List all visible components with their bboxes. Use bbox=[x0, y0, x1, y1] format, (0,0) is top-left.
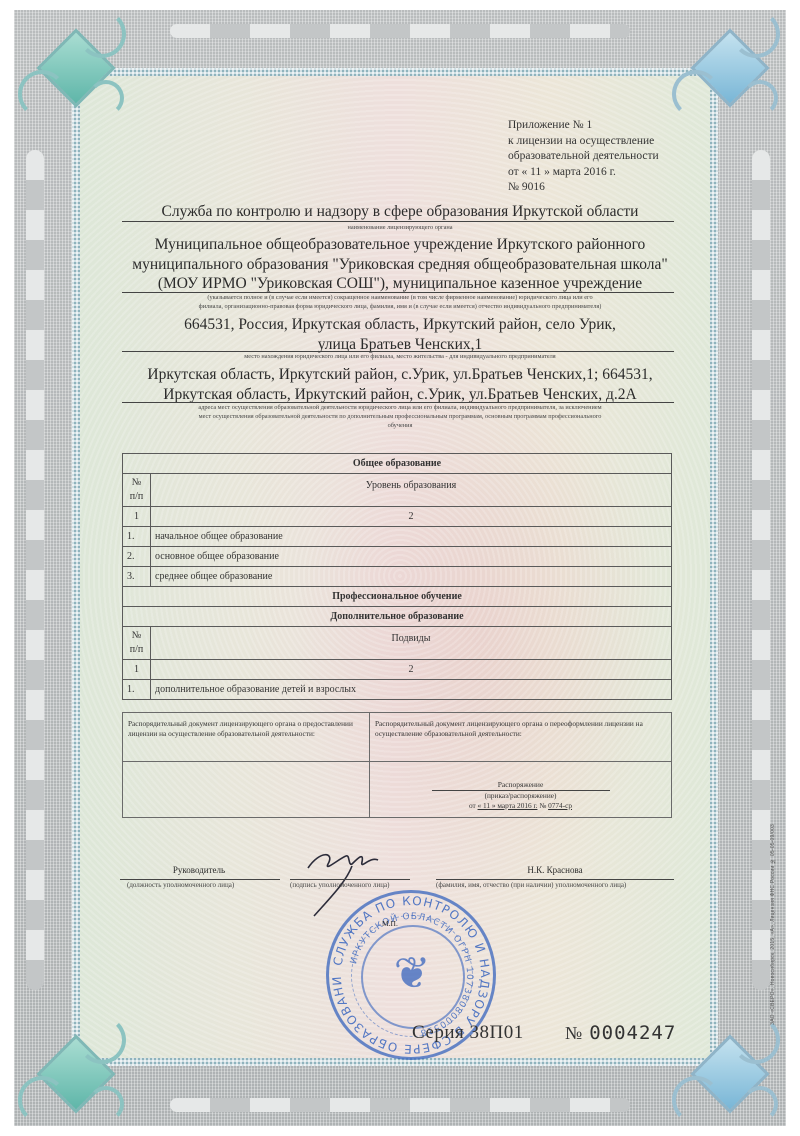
index-row: 1 2 bbox=[123, 660, 672, 680]
table-row: 3. среднее общее образование bbox=[123, 567, 672, 587]
printer-imprint: ЗАО «СВЕРО», Новосибирск, 2015, «А», Лиц… bbox=[770, 825, 784, 1025]
row-level: начальное общее образование bbox=[151, 527, 672, 547]
row-num: 1. bbox=[123, 527, 151, 547]
reissue-order: Распоряжение (приказ/распоряжение) от « … bbox=[375, 768, 666, 811]
number-sign: № bbox=[565, 1023, 583, 1043]
col-subtype-header: Подвиды bbox=[151, 627, 672, 660]
section-title-additional: Дополнительное образование bbox=[123, 607, 672, 627]
row-num: 2. bbox=[123, 547, 151, 567]
form-number: №0004247 bbox=[565, 1022, 676, 1044]
hint-line: мест осуществления образовательной деяте… bbox=[120, 412, 680, 421]
table-row: 1. начальное общее образование bbox=[123, 527, 672, 547]
index-cell: 2 bbox=[151, 660, 672, 680]
licensee-name: Муниципальное общеобразовательное учрежд… bbox=[120, 235, 680, 294]
index-cell: 1 bbox=[123, 507, 151, 527]
hint-line: филиала, организационно-правовая форма ю… bbox=[120, 302, 680, 311]
reissue-date: « 11 » марта 2016 г. bbox=[478, 801, 538, 810]
guilloche-right bbox=[752, 150, 770, 990]
header-row: № п/п Уровень образования bbox=[123, 474, 672, 507]
licensee-line: муниципального образования "Уриковская с… bbox=[120, 255, 680, 275]
appendix-line: № 9016 bbox=[508, 180, 659, 196]
documents-table: Распорядительный документ лицензирующего… bbox=[122, 712, 672, 818]
reissue-document-label: Распорядительный документ лицензирующего… bbox=[370, 713, 672, 762]
activity-addresses-hint: адреса мест осуществления образовательно… bbox=[120, 403, 680, 430]
corner-ornament-icon bbox=[672, 1016, 782, 1126]
index-cell: 1 bbox=[123, 660, 151, 680]
corner-ornament-icon bbox=[672, 10, 782, 120]
section-row: Дополнительное образование bbox=[123, 607, 672, 627]
divider bbox=[120, 879, 280, 880]
row-subtype: дополнительное образование детей и взрос… bbox=[151, 680, 672, 700]
coat-of-arms-icon: ❦ bbox=[384, 943, 440, 1005]
hint-line: (указывается полное и (в случае если име… bbox=[120, 293, 680, 302]
divider bbox=[436, 879, 674, 880]
section-title-professional: Профессиональное обучение bbox=[123, 587, 672, 607]
divider bbox=[290, 879, 410, 880]
address-line: Иркутская область, Иркутский район, с.Ур… bbox=[120, 365, 680, 385]
signature-hint: (подпись уполномоченного лица) bbox=[290, 881, 389, 889]
reissue-doc-type-hint: (приказ/распоряжение) bbox=[485, 791, 557, 800]
row-level: основное общее образование bbox=[151, 547, 672, 567]
corner-ornament-icon bbox=[18, 1016, 128, 1126]
corner-ornament-icon bbox=[18, 10, 128, 120]
signatory-role: Руководитель bbox=[124, 865, 274, 875]
number-value: 0004247 bbox=[589, 1022, 676, 1044]
row-level: среднее общее образование bbox=[151, 567, 672, 587]
licensing-authority-name: Служба по контролю и надзору в сфере обр… bbox=[120, 203, 680, 221]
licensee-hint: (указывается полное и (в случае если име… bbox=[120, 293, 680, 311]
seal-place-label: М.П. bbox=[382, 919, 398, 928]
guilloche-top bbox=[170, 24, 630, 38]
col-num-header: № п/п bbox=[123, 474, 151, 507]
col-level-header: Уровень образования bbox=[151, 474, 672, 507]
role-hint: (должность уполномоченного лица) bbox=[127, 881, 234, 889]
signatory-name: Н.К. Краснова bbox=[440, 865, 670, 875]
documents-label-row: Распорядительный документ лицензирующего… bbox=[123, 713, 672, 762]
reissue-doc-type: Распоряжение bbox=[432, 780, 610, 791]
hint-line: адреса мест осуществления образовательно… bbox=[120, 403, 680, 412]
number-prefix: № bbox=[537, 801, 548, 810]
legal-address-hint: место нахождения юридического лица или е… bbox=[120, 352, 680, 361]
legal-address: 664531, Россия, Иркутская область, Иркут… bbox=[120, 315, 680, 354]
guilloche-left bbox=[26, 150, 44, 990]
activity-addresses: Иркутская область, Иркутский район, с.Ур… bbox=[120, 365, 680, 404]
row-num: 1. bbox=[123, 680, 151, 700]
form-series: Серия 38П01 bbox=[412, 1022, 524, 1044]
address-line: 664531, Россия, Иркутская область, Иркут… bbox=[120, 315, 680, 335]
education-table: Общее образование № п/п Уровень образова… bbox=[122, 453, 672, 700]
reissue-number: 0774-ср bbox=[548, 801, 572, 810]
appendix-header: Приложение № 1 к лицензии на осуществлен… bbox=[508, 118, 659, 196]
header-row: № п/п Подвиды bbox=[123, 627, 672, 660]
table-row: 1. дополнительное образование детей и вз… bbox=[123, 680, 672, 700]
col-num-header-line: № bbox=[123, 629, 150, 643]
licensee-line: (МОУ ИРМО "Уриковская СОШ"), муниципальн… bbox=[120, 274, 680, 294]
date-prefix: от bbox=[469, 801, 478, 810]
name-hint: (фамилия, имя, отчество (при наличии) уп… bbox=[436, 881, 626, 889]
index-row: 1 2 bbox=[123, 507, 672, 527]
appendix-line: от « 11 » марта 2016 г. bbox=[508, 165, 659, 181]
row-num: 3. bbox=[123, 567, 151, 587]
index-cell: 2 bbox=[151, 507, 672, 527]
guilloche-bottom bbox=[170, 1098, 630, 1112]
appendix-line: образовательной деятельности bbox=[508, 149, 659, 165]
licensee-line: Муниципальное общеобразовательное учрежд… bbox=[120, 235, 680, 255]
col-num-header-line: № bbox=[123, 476, 150, 490]
grant-document-value bbox=[123, 762, 370, 818]
col-num-header: № п/п bbox=[123, 627, 151, 660]
appendix-line: к лицензии на осуществление bbox=[508, 134, 659, 150]
reissue-document-value: Распоряжение (приказ/распоряжение) от « … bbox=[370, 762, 672, 818]
hint-line: обучения bbox=[120, 421, 680, 430]
section-row: Общее образование bbox=[123, 454, 672, 474]
licensing-authority-hint: наименование лицензирующего органа bbox=[120, 223, 680, 232]
section-title-general: Общее образование bbox=[123, 454, 672, 474]
documents-value-row: Распоряжение (приказ/распоряжение) от « … bbox=[123, 762, 672, 818]
section-row: Профессиональное обучение bbox=[123, 587, 672, 607]
col-num-header-line: п/п bbox=[123, 643, 150, 657]
divider bbox=[122, 221, 674, 222]
table-row: 2. основное общее образование bbox=[123, 547, 672, 567]
grant-document-label: Распорядительный документ лицензирующего… bbox=[123, 713, 370, 762]
appendix-line: Приложение № 1 bbox=[508, 118, 659, 134]
col-num-header-line: п/п bbox=[123, 490, 150, 504]
